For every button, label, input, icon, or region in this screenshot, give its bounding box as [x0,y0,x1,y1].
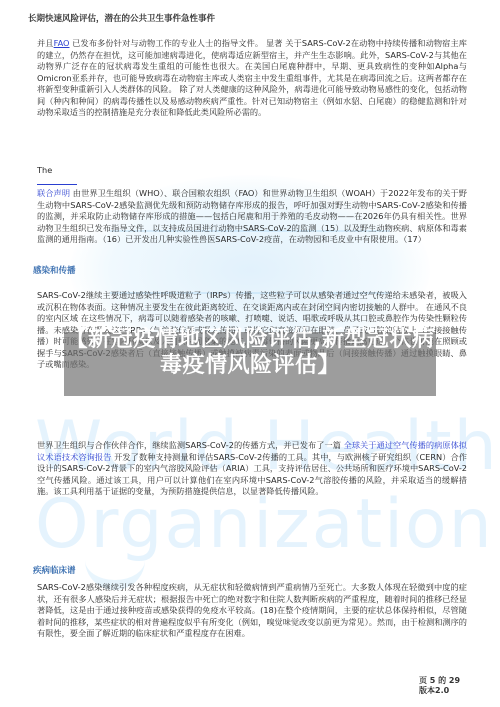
section-title-clinical-spectrum: 疾病临床谱 [33,564,76,576]
link-underline [37,184,77,185]
p2-text: 由世界卫生组织（WHO）、联合国粮农组织（FAO）和世界动物卫生组织（WOAH）… [37,188,467,244]
p1-prefix: 并且 [37,38,54,48]
page-footer: 页 5 的 29 版本2.0 [419,676,460,696]
p1-text: 已发布多份针对与动物工作的专业人士的指导文件。 显著 关于SARS-CoV-2在… [37,38,467,117]
joint-statement-link[interactable]: 联合声明 [37,188,70,198]
version-label: 版本2.0 [419,686,460,696]
paragraph-joint-statement: The 联合声明 由世界卫生组织（WHO）、联合国粮农组织（FAO）和世界动物卫… [37,165,467,246]
paragraph-clinical-spectrum: SARS-CoV-2感染继续引发各种程度疾病，从无症状和轻微病情到严重病情乃至死… [37,582,467,640]
fao-link[interactable]: FAO [54,38,70,48]
overlay-title: 【新冠疫情地区风险评估,新型冠状病毒疫情风险评估】 [64,327,436,379]
paragraph-monitoring-tools: 世界卫生组织与合作伙伴合作，继续监测SARS-CoV-2的传播方式，并已发布了一… [37,440,467,498]
document-header: 长期快速风险评估，潜在的公共卫生事件急性事件 [28,12,215,24]
page-number: 页 5 的 29 [419,676,460,686]
p2-lead: The [37,165,52,175]
watermark-text-line2: Organization [35,490,494,560]
p4-text: 世界卫生组织与合作伙伴合作，继续监测SARS-CoV-2的传播方式，并已发布了一… [37,440,344,450]
paragraph-animal-reservoirs: 并且FAO 已发布多份针对与动物工作的专业人士的指导文件。 显著 关于SARS-… [37,38,467,119]
section-title-infection-transmission: 感染和传播 [33,264,76,276]
